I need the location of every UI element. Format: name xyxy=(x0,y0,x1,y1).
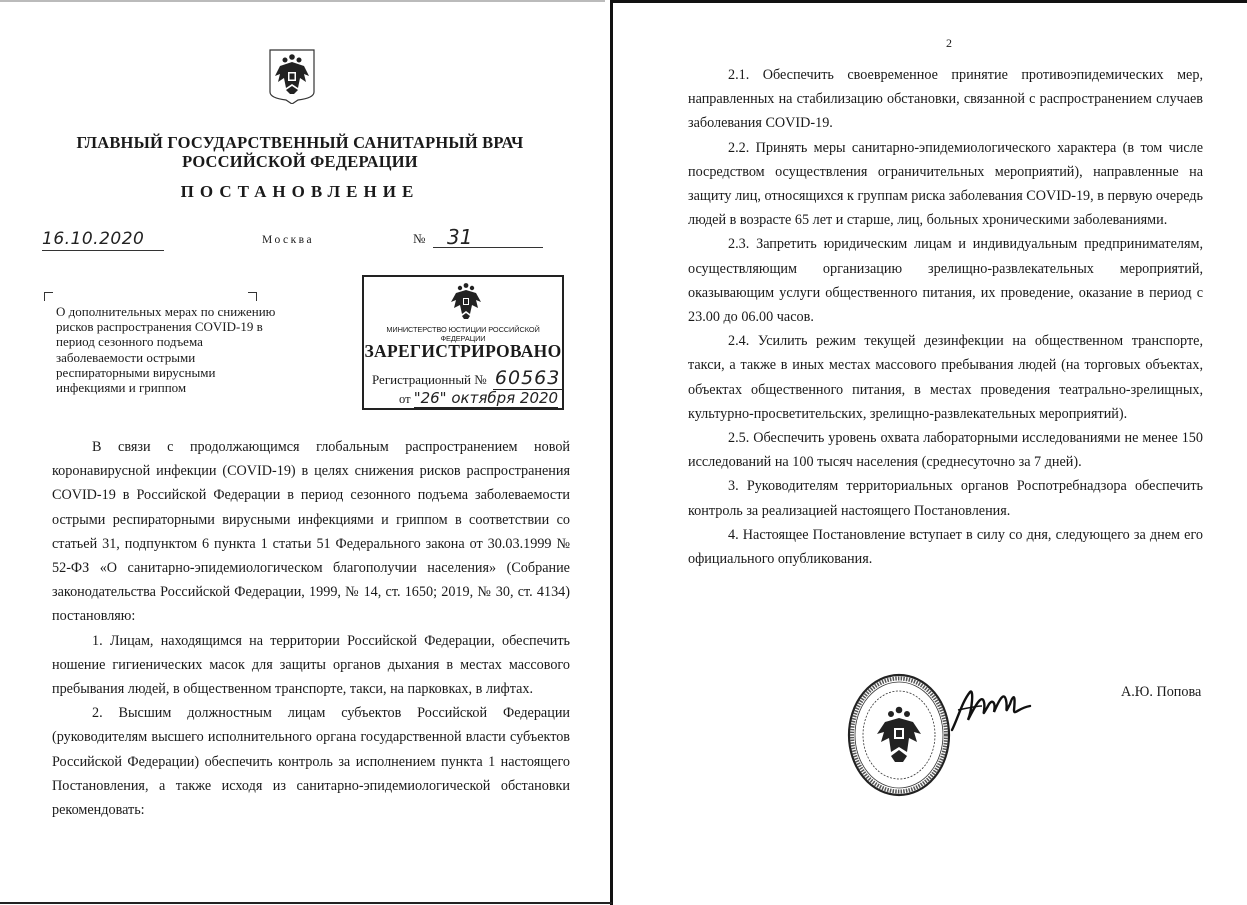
issuer-title-line2: РОССИЙСКОЙ ФЕДЕРАЦИИ xyxy=(60,152,540,171)
stamp-registered: ЗАРЕГИСТРИРОВАНО xyxy=(364,341,562,362)
clause-paragraph: 3. Руководителям территориальных органов… xyxy=(688,474,1203,522)
registration-stamp: МИНИСТЕРСТВО ЮСТИЦИИ РОССИЙСКОЙ ФЕДЕРАЦИ… xyxy=(362,275,564,410)
document-number: 31 xyxy=(433,226,543,248)
city: Москва xyxy=(262,234,314,246)
document-subject: О дополнительных мерах по снижению риско… xyxy=(56,304,286,395)
signature-icon xyxy=(948,680,1032,735)
coat-of-arms-icon xyxy=(448,282,484,320)
clause-paragraph: 2.5. Обеспечить уровень охвата лаборатор… xyxy=(688,426,1203,474)
clause-paragraph: 1. Лицам, находящимся на территории Росс… xyxy=(52,629,570,702)
issuer-title-line1: ГЛАВНЫЙ ГОСУДАРСТВЕННЫЙ САНИТАРНЫЙ ВРАЧ xyxy=(60,133,540,152)
stamp-registration-number: Регистрационный № 60563 xyxy=(372,367,562,389)
body-text-page-2: 2.1. Обеспечить своевременное принятие п… xyxy=(688,63,1203,571)
subject-bracket xyxy=(44,292,53,301)
coat-of-arms-icon xyxy=(268,48,316,104)
clause-paragraph: 2. Высшим должностным лицам субъектов Ро… xyxy=(52,701,570,822)
page-divider xyxy=(610,0,613,905)
page-edge xyxy=(613,0,1247,3)
preamble-paragraph: В связи с продолжающимся глобальным расп… xyxy=(52,435,570,629)
signer-name: А.Ю. Попова xyxy=(1121,684,1201,701)
subject-bracket xyxy=(248,292,257,301)
page-edge xyxy=(0,0,605,2)
stamp-date-prefix: от xyxy=(399,392,411,406)
number-label: № xyxy=(413,231,425,247)
issuer-title: ГЛАВНЫЙ ГОСУДАРСТВЕННЫЙ САНИТАРНЫЙ ВРАЧ … xyxy=(60,133,540,171)
page-number: 2 xyxy=(946,36,952,51)
clause-paragraph: 2.2. Принять меры санитарно-эпидемиологи… xyxy=(688,136,1203,233)
document-type: ПОСТАНОВЛЕНИЕ xyxy=(60,182,540,202)
stamp-reg-value: 60563 xyxy=(493,367,562,390)
page-edge xyxy=(0,902,612,904)
body-text-page-1: В связи с продолжающимся глобальным расп… xyxy=(52,435,570,822)
official-seal-icon xyxy=(847,672,952,798)
stamp-date-value: "26" октября 2020 xyxy=(414,389,558,408)
clause-paragraph: 2.3. Запретить юридическим лицам и индив… xyxy=(688,232,1203,329)
clause-paragraph: 4. Настоящее Постановление вступает в си… xyxy=(688,523,1203,571)
stamp-reg-label: Регистрационный № xyxy=(372,372,487,387)
clause-paragraph: 2.4. Усилить режим текущей дезинфекции н… xyxy=(688,329,1203,426)
document-date: 16.10.2020 xyxy=(42,229,164,251)
clause-paragraph: 2.1. Обеспечить своевременное принятие п… xyxy=(688,63,1203,136)
stamp-date: от "26" октября 2020 xyxy=(399,389,558,407)
